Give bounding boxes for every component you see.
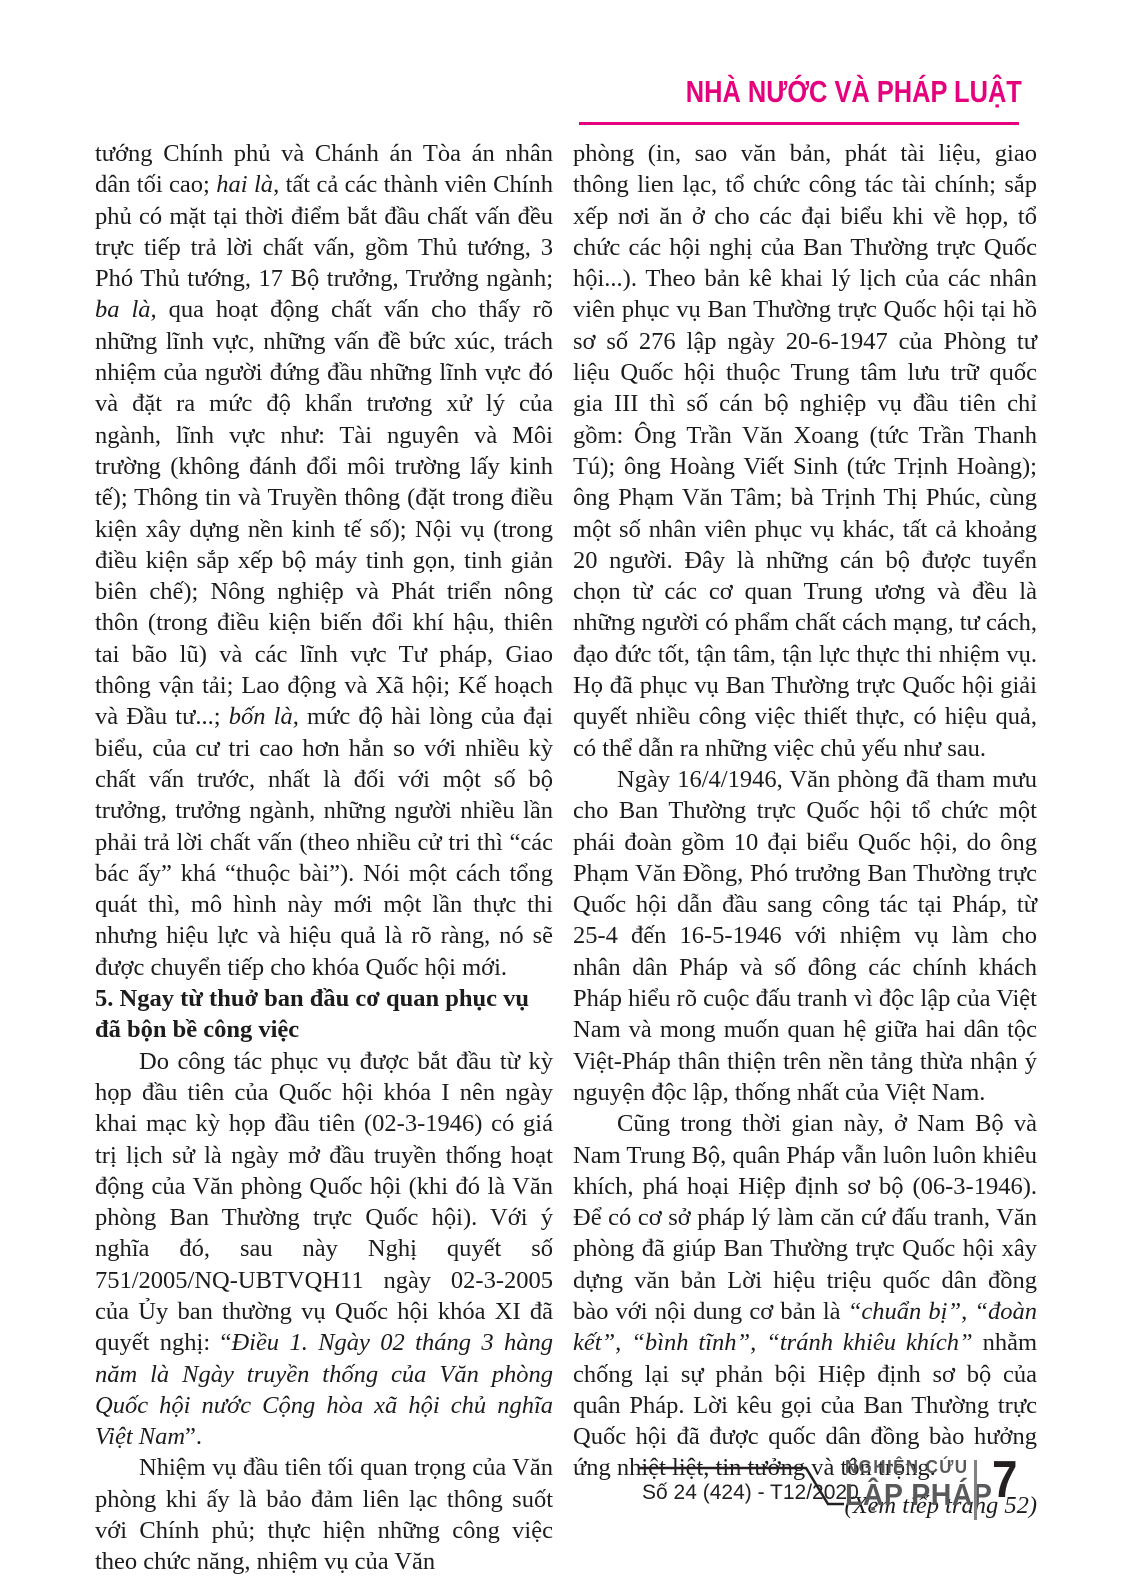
article-body: tướng Chính phủ và Chánh án Tòa án nhân … [95,138,1037,1578]
paragraph: Nhiệm vụ đầu tiên tối quan trọng của Văn… [95,1452,553,1577]
footer-divider [974,1460,977,1520]
issue-label: Số 24 (424) - T12/2020 [642,1481,859,1505]
text-column-left: tướng Chính phủ và Chánh án Tòa án nhân … [95,138,553,1578]
text-column-right: phòng (in, sao văn bản, phát tài liệu, g… [573,138,1037,1578]
text-run: Ngày 16/4/1946, Văn phòng đã tham mưu ch… [573,766,1037,1106]
text-run: qua hoạt động chất vấn cho thấy rõ những… [95,296,553,730]
paragraph: Cũng trong thời gian này, ở Nam Bộ và Na… [573,1108,1037,1484]
section-heading: 5. Ngay từ thuở ban đầu cơ quan phục vụ … [95,983,553,1046]
text-run: bốn là, [229,703,299,730]
paragraph: Do công tác phục vụ được bắt đầu từ kỳ h… [95,1046,553,1453]
text-run: Cũng trong thời gian này, ở Nam Bộ và Na… [573,1110,1037,1325]
text-run: hai là [216,171,273,198]
text-run: ”. [185,1423,202,1450]
paragraph: phòng (in, sao văn bản, phát tài liệu, g… [573,138,1037,764]
journal-page: NHÀ NƯỚC VÀ PHÁP LUẬT tướng Chính phủ và… [0,0,1122,1594]
journal-logo-line2: LẬP PHÁP [845,1479,965,1510]
paragraph: tướng Chính phủ và Chánh án Tòa án nhân … [95,138,553,983]
paragraph: Ngày 16/4/1946, Văn phòng đã tham mưu ch… [573,764,1037,1108]
text-run: phòng (in, sao văn bản, phát tài liệu, g… [573,140,1037,762]
text-run: Nhiệm vụ đầu tiên tối quan trọng của Văn… [95,1454,553,1575]
journal-logo: NGHIÊN CỨU LẬP PHÁP [845,1458,975,1510]
page-number: 7 [992,1450,1017,1510]
section-title: NHÀ NƯỚC VÀ PHÁP LUẬT [686,74,1022,110]
text-run: ba là, [95,296,157,323]
text-run: mức độ hài lòng của đại biểu, của cư tri… [95,703,553,980]
text-run: 5. Ngay từ thuở ban đầu cơ quan phục vụ … [95,985,529,1043]
text-run: Do công tác phục vụ được bắt đầu từ kỳ h… [95,1048,553,1357]
journal-logo-line1: NGHIÊN CỨU [845,1458,965,1477]
header-rule [579,122,1019,125]
